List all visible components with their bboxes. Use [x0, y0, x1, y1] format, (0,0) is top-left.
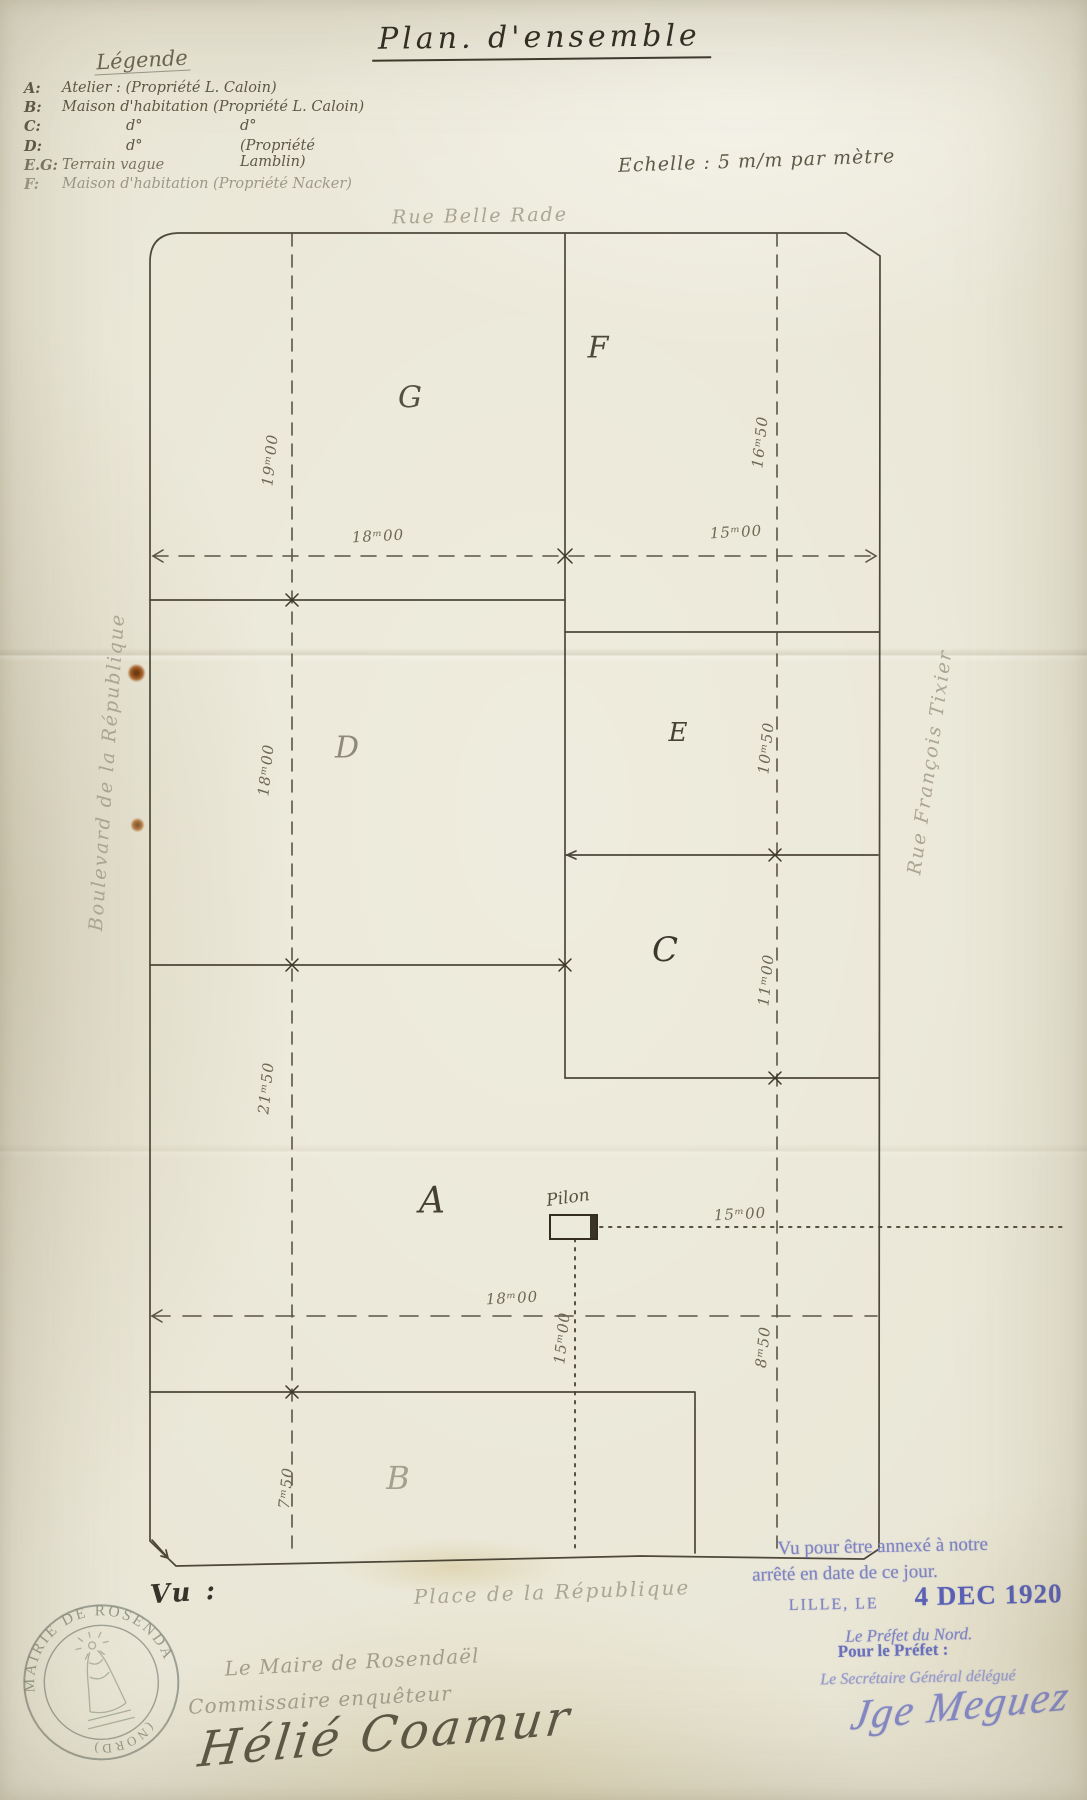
prefecture-stamp-line1: Vu pour être annexé à notre: [777, 1534, 988, 1560]
dim-f-width: 15ᵐ00: [709, 522, 762, 543]
legend: Légende A: Atelier : (Propriété L. Caloi…: [22, 48, 367, 195]
dim-g-width: 18ᵐ00: [351, 526, 404, 547]
statue-icon: [65, 1626, 134, 1729]
plan-dotted-lines: [575, 1227, 1068, 1552]
parcel-label-c: C: [652, 930, 678, 970]
scanned-plan-document: Plan. d'ensemble Légende A: Atelier : (P…: [0, 0, 1087, 1800]
prefecture-stamp-place: LILLE, LE: [789, 1595, 879, 1615]
parcel-label-g: G: [398, 381, 422, 416]
parcel-label-f: F: [588, 331, 609, 366]
legend-item-c: C: d° d°: [22, 118, 367, 137]
legend-item-b: B: Maison d'habitation (Propriété L. Cal…: [22, 99, 367, 118]
legend-heading: Légende: [93, 46, 190, 76]
prefecture-stamp-date: 4 DEC 1920: [914, 1578, 1063, 1612]
street-label-top: Rue Belle Rade: [392, 203, 568, 228]
dim-pilon-distance: 15ᵐ00: [713, 1204, 766, 1225]
legend-item-a: A: Atelier : (Propriété L. Caloin): [22, 80, 367, 99]
legend-item-f: F: Maison d'habitation (Propriété Nacker…: [22, 176, 367, 195]
plan-drawing: [0, 0, 1087, 1800]
legend-item-d: D: d° (Propriété Lamblin): [22, 138, 367, 157]
prefecture-stamp: Vu pour être annexé à notre arrêté en da…: [675, 1530, 1087, 1799]
parcel-label-d: D: [335, 731, 359, 766]
dim-a-width: 18ᵐ00: [485, 1288, 538, 1309]
plan-solid-lines: [150, 233, 880, 1566]
legend-item-eg: E.G: Terrain vague: [22, 157, 367, 176]
pilon-marker: [550, 1215, 597, 1239]
prefecture-stamp-pour-prefet: Pour le Préfet :: [838, 1640, 949, 1662]
prefecture-stamp-line2: arrêté en date de ce jour.: [752, 1561, 938, 1587]
page-title: Plan. d'ensemble: [372, 18, 711, 62]
plan-cross-ticks: [286, 549, 781, 1398]
parcel-label-b: B: [386, 1459, 410, 1497]
parcel-label-a: A: [419, 1181, 445, 1222]
parcel-label-e: E: [669, 718, 688, 748]
